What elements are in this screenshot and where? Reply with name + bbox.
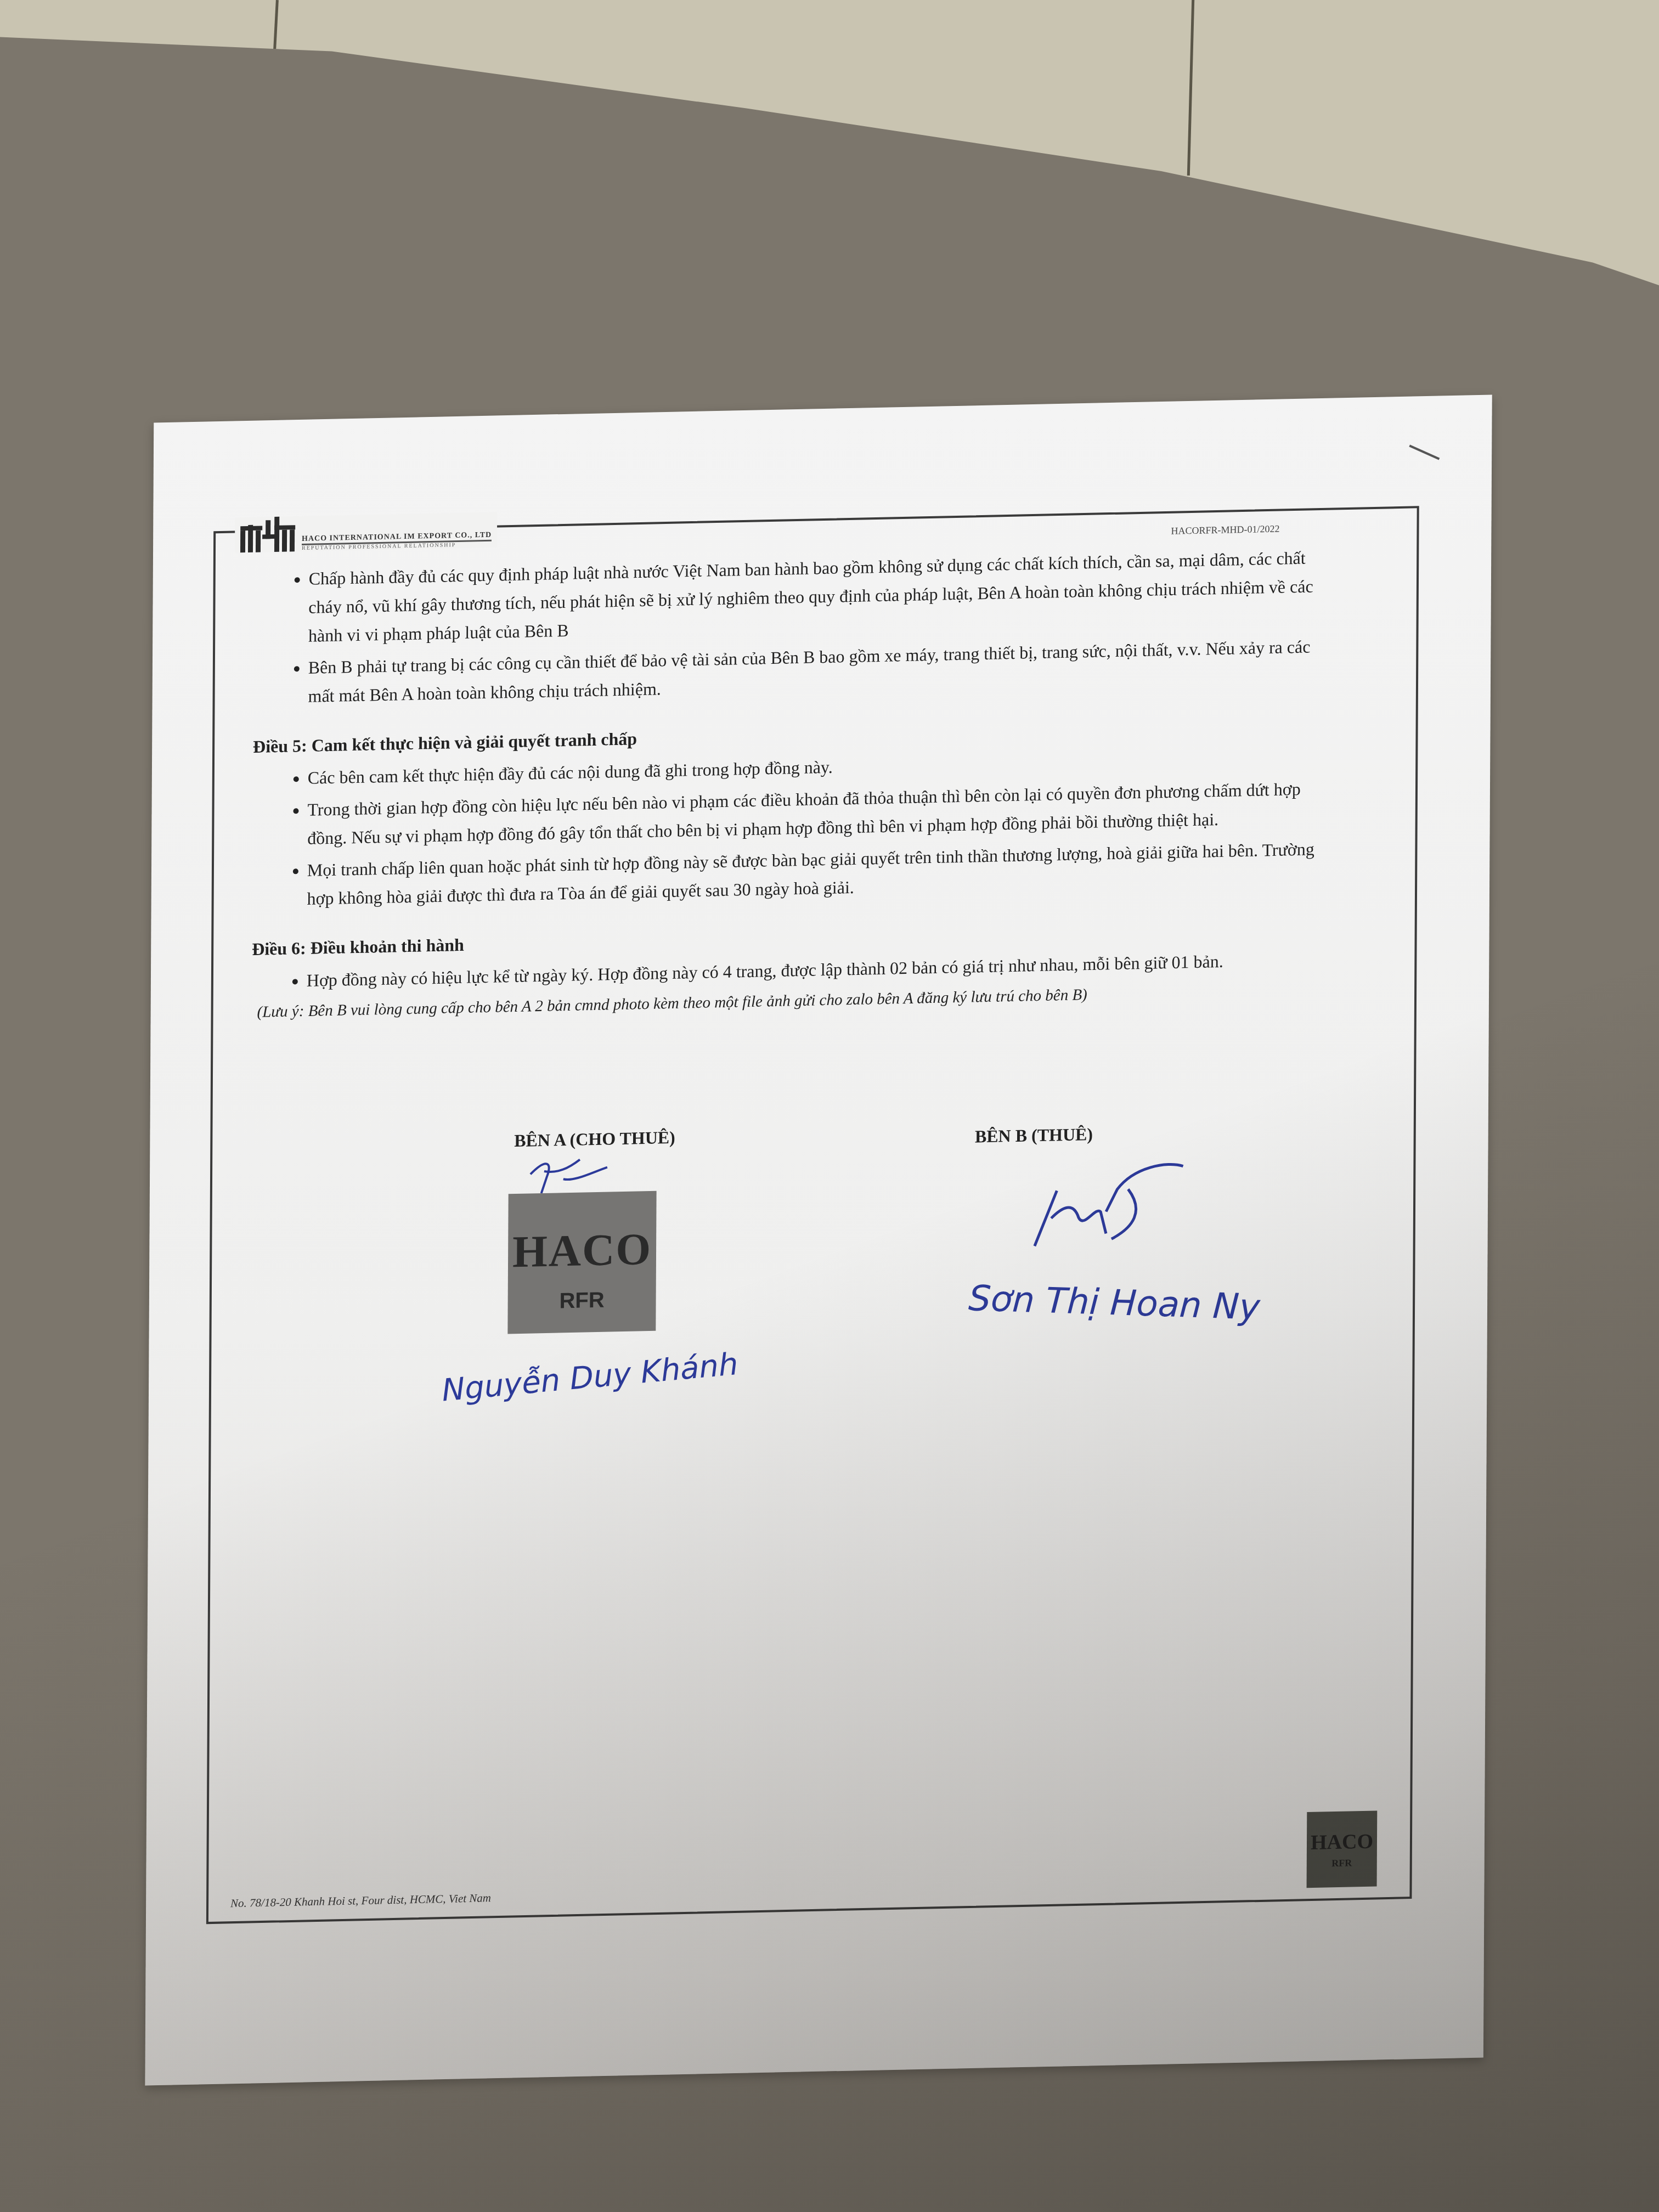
signature-block: BÊN A (CHO THUÊ) BÊN B (THUÊ) HACO RFR N…: [211, 1112, 1414, 1423]
floor-tiles-background: [0, 0, 1659, 285]
footer-stamp: HACO RFR: [1307, 1810, 1378, 1888]
contract-body: Chấp hành đầy đủ các quy định pháp luật …: [257, 527, 1329, 1022]
footer-stamp-subtitle: RFR: [1331, 1857, 1352, 1869]
tile-grout-line: [273, 0, 279, 60]
company-address: No. 78/18-20 Khanh Hoi st, Four dist, HC…: [230, 1891, 491, 1910]
party-a-handwritten-name: Nguyễn Duy Khánh: [441, 1346, 739, 1409]
company-stamp: HACO RFR: [507, 1191, 656, 1334]
party-a-signature-icon: [525, 1150, 613, 1196]
stamp-subtitle: RFR: [559, 1288, 604, 1314]
page-border-frame: HACO INTERNATIONAL IM EXPORT CO., LTD RE…: [206, 506, 1419, 1924]
list-item: Chấp hành đầy đủ các quy định pháp luật …: [308, 543, 1329, 650]
stamp-title: HACO: [512, 1227, 652, 1274]
party-a-label: BÊN A (CHO THUÊ): [514, 1127, 675, 1151]
tile-grout-line: [1187, 0, 1194, 176]
party-b-handwritten-name: Sơn Thị Hoan Ny: [968, 1278, 1261, 1328]
footer-stamp-title: HACO: [1311, 1829, 1373, 1854]
haco-logo-icon: [240, 516, 295, 552]
party-b-signature-icon: [1024, 1155, 1189, 1257]
pen-mark: [1407, 445, 1440, 465]
intro-bullet-list: Chấp hành đầy đủ các quy định pháp luật …: [258, 543, 1329, 712]
article-5-bullet-list: Các bên cam kết thực hiện đầy đủ các nội…: [258, 742, 1328, 914]
party-b-label: BÊN B (THUÊ): [975, 1124, 1093, 1147]
contract-page: HACO INTERNATIONAL IM EXPORT CO., LTD RE…: [145, 394, 1492, 2085]
